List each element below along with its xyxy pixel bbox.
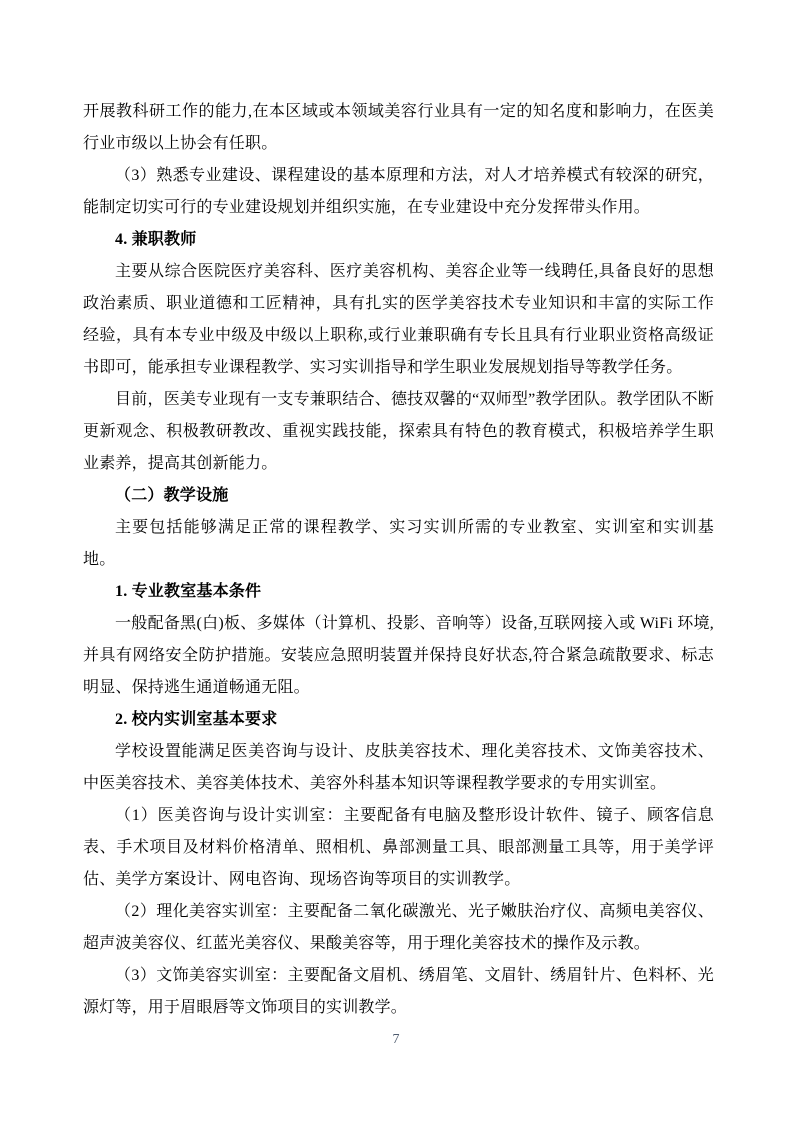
heading-4-part-time-teachers: 4. 兼职教师 xyxy=(83,224,714,256)
para-continued-research-ability: 开展教科研工作的能力,在本区域或本领域美容行业具有一定的知名度和影响力，在医美行… xyxy=(83,96,714,160)
heading-1-classroom-basic-conditions: 1. 专业教室基本条件 xyxy=(83,576,714,608)
para-room-1-consultation-design: （1）医美咨询与设计实训室：主要配备有电脑及整形设计软件、镜子、顾客信息表、手术… xyxy=(83,800,714,896)
para-facilities-overview: 主要包括能够满足正常的课程教学、实习实训所需的专业教室、实训室和实训基地。 xyxy=(83,512,714,576)
para-current-teaching-team: 目前，医美专业现有一支专兼职结合、德技双馨的“双师型”教学团队。教学团队不断更新… xyxy=(83,384,714,480)
page-footer: 7 xyxy=(0,1030,792,1048)
para-item-3-professional-construction: （3）熟悉专业建设、课程建设的基本原理和方法，对人才培养模式有较深的研究，能制定… xyxy=(83,160,714,224)
para-training-room-overview: 学校设置能满足医美咨询与设计、皮肤美容技术、理化美容技术、文饰美容技术、中医美容… xyxy=(83,736,714,800)
document-body: 开展教科研工作的能力,在本区域或本领域美容行业具有一定的知名度和影响力，在医美行… xyxy=(83,96,714,1024)
para-classroom-equipment: 一般配备黑(白)板、多媒体（计算机、投影、音响等）设备,互联网接入或 WiFi … xyxy=(83,608,714,704)
para-room-2-physiochemical-beauty: （2）理化美容实训室：主要配备二氧化碳激光、光子嫩肤治疗仪、高频电美容仪、超声波… xyxy=(83,896,714,960)
page-number: 7 xyxy=(393,1032,400,1047)
para-room-3-decorative-beauty: （3）文饰美容实训室：主要配备文眉机、绣眉笔、文眉针、绣眉针片、色料杯、光源灯等… xyxy=(83,960,714,1024)
document-page: 开展教科研工作的能力,在本区域或本领域美容行业具有一定的知名度和影响力，在医美行… xyxy=(0,0,792,1121)
heading-2-training-room-requirements: 2. 校内实训室基本要求 xyxy=(83,704,714,736)
heading-section-two-teaching-facilities: （二）教学设施 xyxy=(83,480,714,512)
para-part-time-teacher-requirements: 主要从综合医院医疗美容科、医疗美容机构、美容企业等一线聘任,具备良好的思想政治素… xyxy=(83,256,714,384)
